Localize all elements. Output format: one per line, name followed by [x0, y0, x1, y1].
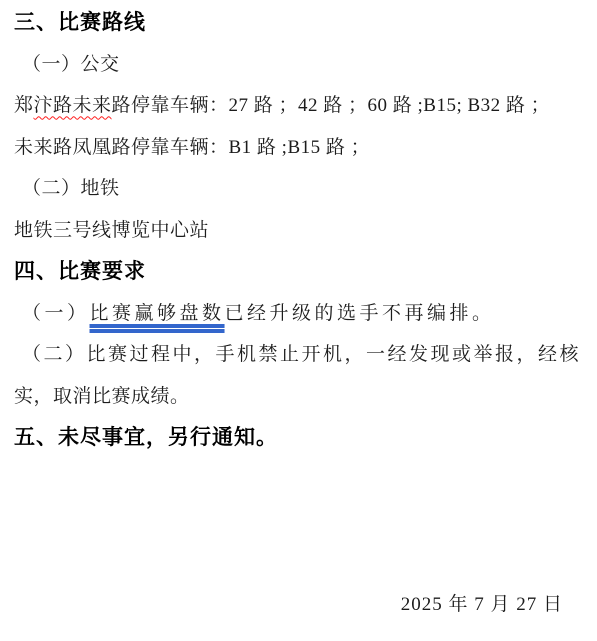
requirement-2-line-2: 实，取消比赛成绩。	[14, 374, 583, 416]
bus1-rest-text: 路停靠车辆：27 路 ；42 路 ；60 路 ;B15; B32 路 ；	[112, 90, 551, 117]
spellcheck-flagged-text: 汴路未来	[34, 90, 112, 117]
document-date: 2025 年 7 月 27 日	[401, 589, 563, 616]
bus1-prefix-text: 郑	[14, 90, 34, 117]
document-body: 三、比赛路线 （一）公交 郑汴路未来路停靠车辆：27 路 ；42 路 ；60 路…	[0, 0, 597, 457]
bus-route-line-1: 郑汴路未来路停靠车辆：27 路 ；42 路 ；60 路 ;B15; B32 路 …	[14, 83, 583, 125]
req1-prefix-text: （一）	[22, 298, 90, 325]
section-heading-notice: 五、未尽事宜，另行通知。	[14, 415, 583, 457]
subheading-metro: （二）地铁	[14, 166, 583, 208]
document-page: 三、比赛路线 （一）公交 郑汴路未来路停靠车辆：27 路 ；42 路 ；60 路…	[0, 0, 597, 641]
req1-rest-text: 已经升级的选手不再编排。	[225, 298, 495, 325]
grammar-flagged-text: 比赛赢够盘数	[90, 298, 225, 325]
requirement-2-line-1: （二）比赛过程中，手机禁止开机，一经发现或举报，经核	[14, 332, 583, 374]
metro-station-line: 地铁三号线博览中心站	[14, 208, 583, 250]
requirement-1-line: （一）比赛赢够盘数已经升级的选手不再编排。	[14, 291, 583, 333]
section-heading-requirements: 四、比赛要求	[14, 249, 583, 291]
section-heading-route: 三、比赛路线	[14, 0, 583, 42]
subheading-bus: （一）公交	[14, 42, 583, 84]
bus-route-line-2: 未来路凤凰路停靠车辆：B1 路 ;B15 路 ；	[14, 125, 583, 167]
